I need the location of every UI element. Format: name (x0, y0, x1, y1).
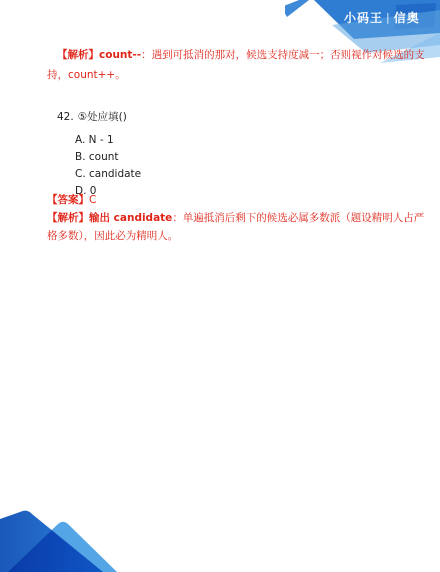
analysis1-line2: 持，count++。 (47, 65, 425, 85)
answer-value: C (89, 194, 96, 206)
brand-logo: 小码王 | 信奥 (344, 9, 420, 26)
question-number: 42. (57, 111, 74, 123)
options-list: A. N - 1 B. count C. candidate D. 0 (75, 132, 141, 200)
analysis-tag-2: 【解析】 (47, 212, 89, 224)
analysis1-text: ：遇到可抵消的那对，候选支持度减一；否则视作对候选的支 (141, 49, 425, 61)
option-item-a: A. N - 1 (75, 132, 141, 149)
document-page: 小码王 | 信奥 【解析】count--：遇到可抵消的那对，候选支持度减一；否则… (0, 0, 440, 572)
analysis-paragraph-2: 【解析】输出 candidate：单遍抵消后剩下的候选必属多数派（题设精明人占严… (47, 210, 424, 245)
mountain-back-shape (0, 511, 103, 572)
logo-text-right: 信奥 (394, 9, 420, 26)
option-item-b: B. count (75, 149, 141, 166)
corner-mountains-decoration (0, 487, 200, 572)
analysis-term-2: 输出 candidate (89, 212, 172, 224)
mountain-front-shape (8, 522, 117, 572)
option-item-c: C. candidate (75, 166, 141, 183)
answer-line: 【答案】C (47, 193, 96, 208)
analysis2-line1: 【解析】输出 candidate：单遍抵消后剩下的候选必属多数派（题设精明人占严 (47, 210, 424, 228)
question-text: ⑤处应填() (78, 111, 127, 123)
analysis2-line2: 格多数），因此必为精明人。 (47, 228, 424, 246)
logo-separator: | (386, 11, 391, 24)
logo-text-left: 小码王 (344, 9, 383, 26)
answer-tag: 【答案】 (47, 194, 89, 206)
analysis-term: count-- (99, 49, 141, 61)
question-line: 42.⑤处应填() (57, 110, 127, 125)
analysis-tag: 【解析】 (57, 49, 99, 61)
analysis1-line1: 【解析】count--：遇到可抵消的那对，候选支持度减一；否则视作对候选的支 (47, 45, 425, 65)
analysis2-text: ：单遍抵消后剩下的候选必属多数派（题设精明人占严 (172, 212, 424, 224)
analysis-paragraph-1: 【解析】count--：遇到可抵消的那对，候选支持度减一；否则视作对候选的支 持… (47, 45, 425, 85)
